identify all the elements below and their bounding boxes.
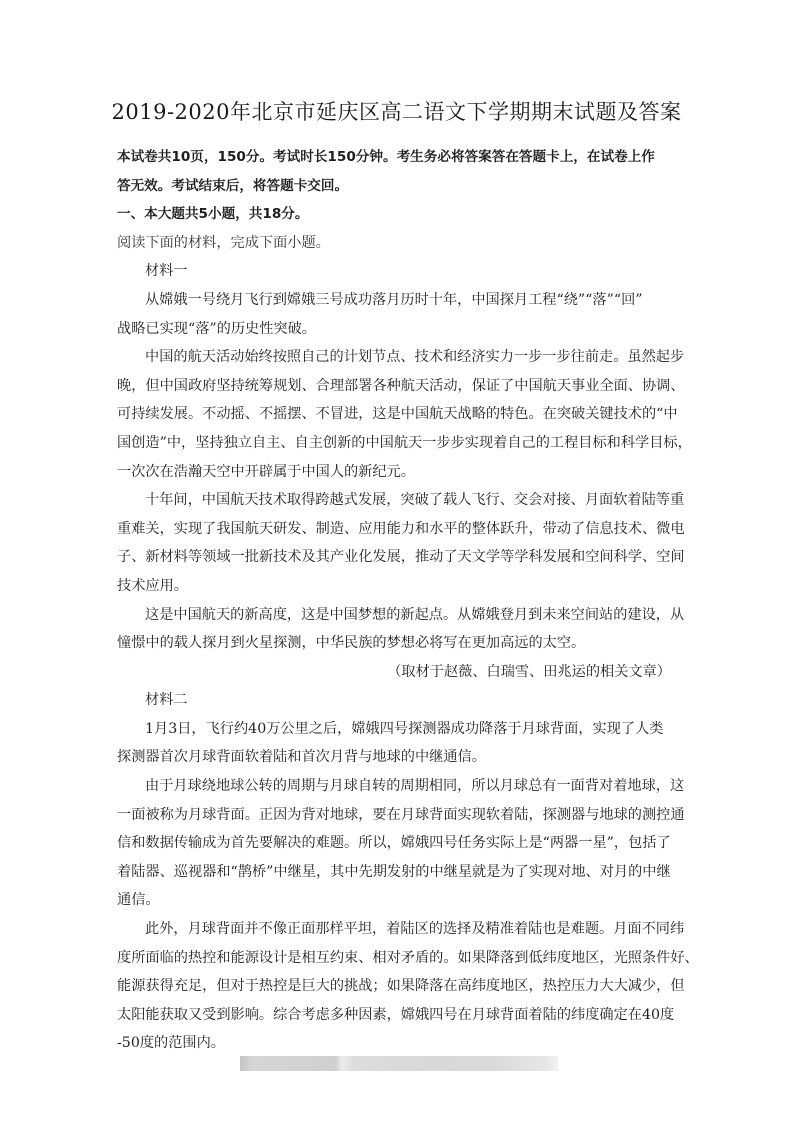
paragraph-line: 探测器首次月球背面软着陆和首次月背与地球的中继通信。 (117, 743, 677, 772)
material-two-label: 材料二 (117, 686, 677, 715)
paragraph-line: 由于月球绕地球公转的周期与月球自转的周期相同，所以月球总有一面背对着地球，这 (117, 772, 677, 801)
paragraph: 中国的航天活动始终按照自己的计划节点、技术和经济实力一步一步往前走。虽然起步 晚… (117, 343, 677, 486)
instructions-line: 答无效。考试结束后，将答题卡交回。 (117, 172, 677, 201)
paragraph-line: 战略已实现“落”的历史性突破。 (117, 315, 677, 344)
paragraph-line: -50度的范围内。 (117, 1029, 677, 1058)
paragraph: 从嫦娥一号绕月飞行到嫦娥三号成功落月历时十年，中国探月工程“绕”“落”“回” 战… (117, 286, 677, 343)
section-heading: 一、本大题共5小题，共18分。 (117, 200, 677, 229)
paragraph-line: 信和数据传输成为首先要解决的难题。所以，嫦娥四号任务实际上是“两器一星”，包括了 (117, 829, 677, 858)
paragraph-line: 重难关，实现了我国航天研发、制造、应用能力和水平的整体跃升，带动了信息技术、微电 (117, 515, 677, 544)
document-title: 2019-2020年北京市延庆区高二语文下学期期末试题及答案 (0, 96, 793, 126)
paragraph-line: 通信。 (117, 886, 677, 915)
paragraph-line: 着陆器、巡视器和“鹊桥”中继星，其中先期发射的中继星就是为了实现对地、对月的中继 (117, 858, 677, 887)
paragraph-line: 憧憬中的载人探月到火星探测，中华民族的梦想必将写在更加高远的太空。 (117, 629, 677, 658)
paragraph-line: 技术应用。 (117, 572, 677, 601)
paragraph-line: 晚，但中国政府坚持统筹规划、合理部署各种航天活动，保证了中国航天事业全面、协调、 (117, 372, 677, 401)
document-page: 2019-2020年北京市延庆区高二语文下学期期末试题及答案 本试卷共10页，1… (0, 0, 793, 1122)
paragraph-line: 十年间，中国航天技术取得跨越式发展，突破了载人飞行、交会对接、月面软着陆等重 (117, 486, 677, 515)
reading-prompt: 阅读下面的材料，完成下面小题。 (117, 229, 677, 258)
paragraph: 由于月球绕地球公转的周期与月球自转的周期相同，所以月球总有一面背对着地球，这 一… (117, 772, 677, 915)
paragraph-line: 一次次在浩瀚天空中开辟属于中国人的新纪元。 (117, 458, 677, 487)
paragraph: 这是中国航天的新高度，这是中国梦想的新起点。从嫦娥登月到未来空间站的建设，从 憧… (117, 601, 677, 658)
paragraph-line: 1月3日，飞行约40万公里之后，嫦娥四号探测器成功降落于月球背面，实现了人类 (117, 715, 677, 744)
paragraph-line: 从嫦娥一号绕月飞行到嫦娥三号成功落月历时十年，中国探月工程“绕”“落”“回” (117, 286, 677, 315)
paragraph-line: 度所面临的热控和能源设计是相互约束、相对矛盾的。如果降落到低纬度地区，光照条件好… (117, 944, 677, 973)
paragraph-line: 太阳能获取又受到影响。综合考虑多种因素，嫦娥四号在月球背面着陆的纬度确定在40度 (117, 1001, 677, 1030)
paragraph-line: 国创造”中，坚持独立自主、自主创新的中国航天一步步实现着自己的工程目标和科学目标… (117, 429, 677, 458)
paragraph-line: 能源获得充足，但对于热控是巨大的挑战；如果降落在高纬度地区，热控压力大大减少，但 (117, 972, 677, 1001)
paragraph: 十年间，中国航天技术取得跨越式发展，突破了载人飞行、交会对接、月面软着陆等重 重… (117, 486, 677, 600)
document-body: 本试卷共10页，150分。考试时长150分钟。考生务必将答案答在答题卡上，在试卷… (117, 143, 677, 1058)
paragraph-line: 这是中国航天的新高度，这是中国梦想的新起点。从嫦娥登月到未来空间站的建设，从 (117, 601, 677, 630)
material-one-source: （取材于赵薇、白瑞雪、田兆运的相关文章） (117, 658, 677, 687)
paragraph-line: 子、新材料等领域一批新技术及其产业化发展，推动了天文学等学科发展和空间科学、空间 (117, 543, 677, 572)
instructions-line: 本试卷共10页，150分。考试时长150分钟。考生务必将答案答在答题卡上，在试卷… (117, 143, 677, 172)
blurred-watermark-bar (240, 1056, 558, 1071)
material-one-label: 材料一 (117, 257, 677, 286)
paragraph: 1月3日，飞行约40万公里之后，嫦娥四号探测器成功降落于月球背面，实现了人类 探… (117, 715, 677, 772)
paragraph-line: 此外，月球背面并不像正面那样平坦，着陆区的选择及精准着陆也是难题。月面不同纬 (117, 915, 677, 944)
paragraph-line: 一面被称为月球背面。正因为背对地球，要在月球背面实现软着陆，探测器与地球的测控通 (117, 801, 677, 830)
paragraph-line: 中国的航天活动始终按照自己的计划节点、技术和经济实力一步一步往前走。虽然起步 (117, 343, 677, 372)
paragraph-line: 可持续发展。不动摇、不摇摆、不冒进，这是中国航天战略的特色。在突破关键技术的“中 (117, 400, 677, 429)
paragraph: 此外，月球背面并不像正面那样平坦，着陆区的选择及精准着陆也是难题。月面不同纬 度… (117, 915, 677, 1058)
